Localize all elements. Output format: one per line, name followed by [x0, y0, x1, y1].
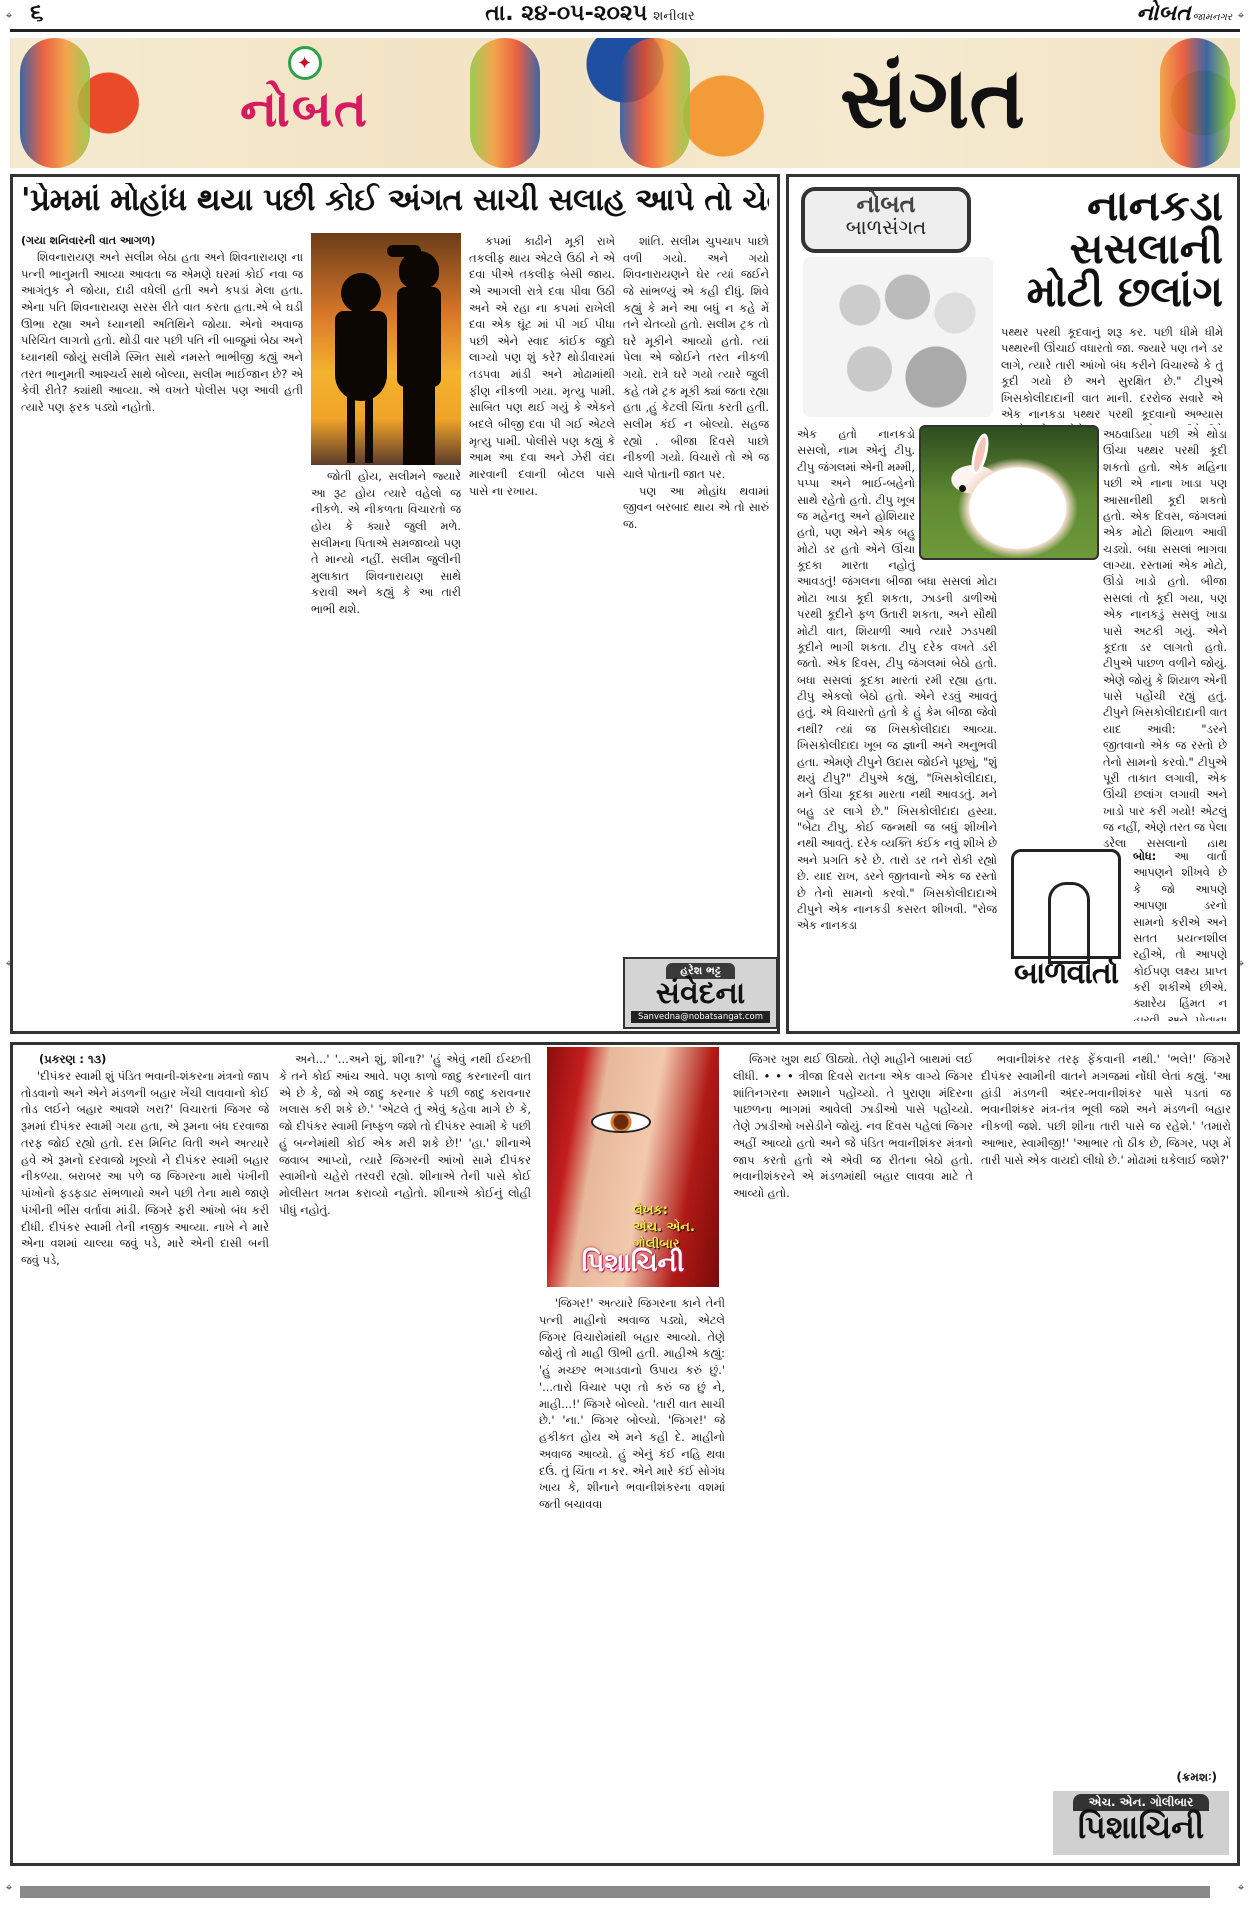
book-cover-image: લેખક: એચ. એન. ગોલીબાર પિશાચિની	[547, 1047, 719, 1287]
weekday: શનીવાર	[653, 9, 694, 24]
serial-column: અને...' '...અને શું, શીના?' 'હું એવું નથ…	[279, 1051, 531, 1857]
author-name: એચ. એન.	[633, 1220, 695, 1237]
boy-cap	[387, 245, 421, 257]
edition-name: જામનગર	[1193, 12, 1232, 23]
serial-paragraph: જિગર ખુશ થઈ ઊઠ્યો. તેણે માહીને બાથમાં લઈ…	[733, 1051, 973, 1202]
girl-leg	[365, 393, 373, 463]
serial-column: 'જિગર!' અત્યારે જિગરના કાને તેની પત્ની મ…	[539, 1295, 725, 1857]
article-headline: 'પ્રેમમાં મોહાંધ થયા પછી કોઈ અંગત સાચી સ…	[21, 183, 769, 223]
serial-logo-title: પિશાચિની	[1053, 1811, 1229, 1843]
dateline: તા. ૨૪-૦૫-૨૦૨૫શનીવાર	[485, 1, 694, 26]
to-be-continued: (ક્રમશઃ)	[1176, 1770, 1217, 1785]
registration-mark-icon: ⌖	[2, 1880, 16, 1894]
photo-float-spacer	[915, 427, 997, 563]
column-name: સંવેદના	[625, 979, 776, 1009]
article-kicker: (ગયા શનિવારની વાત આગળ)	[21, 233, 303, 249]
article-column: શાંતિ. સલીમ ચુપચાપ પાછો વળી ગયો. અને ગયો…	[623, 233, 769, 1025]
decorative-swirl	[1160, 38, 1230, 168]
story-right-column: અઠવાડિયા પછી એ થોડા ઊંચા પથ્થર પરથી કૂદી…	[1103, 427, 1227, 847]
serial-column: (પ્રકરણ : ૧૩) 'દીપંકર સ્વામી શું પંડિત ભ…	[21, 1051, 269, 1857]
serial-logo: એચ. એન. ગોલીબાર પિશાચિની	[1053, 1791, 1229, 1855]
section-banner: ✦ નોબત સંગત	[10, 38, 1240, 168]
article-column: (ગયા શનિવારની વાત આગળ) શિવનારાયણ અને સલી…	[21, 233, 303, 1025]
columnist-badge: હરેશ ભટ્ટ સંવેદના Sanvedna@nobatsangat.c…	[623, 957, 778, 1029]
kids-story-panel: નોબત બાળસંગત નાનકડા સસલાની મોટી છલાંગ પથ…	[786, 174, 1240, 1034]
decorative-swirl	[470, 38, 540, 168]
author-label: લેખક:	[633, 1203, 695, 1220]
kids-illustration	[803, 257, 993, 417]
girl-leg	[347, 393, 355, 463]
castle-book-icon	[1011, 849, 1121, 959]
serial-column: ભવાનીશંકર તરફ ફેંકવાની નથી.' 'ભલે!' જિગર…	[981, 1051, 1231, 1763]
decorative-swirl	[20, 38, 90, 168]
sign-brand: નોબત	[805, 191, 967, 217]
serial-paragraph: 'દીપંકર સ્વામી શું પંડિત ભવાની-શંકરના મં…	[21, 1068, 269, 1269]
page-number: ૬	[30, 0, 43, 26]
eye-illustration	[591, 1111, 651, 1133]
columnist-email[interactable]: Sanvedna@nobatsangat.com	[631, 1011, 770, 1023]
date: તા. ૨૪-૦૫-૨૦૨૫	[485, 1, 647, 26]
title-line: મોટી છલાંગ	[973, 271, 1223, 314]
book-title: પિશાચિની	[555, 1248, 711, 1279]
article-paragraph: શિવનારાયણ અને સલીમ બેઠા હતા અને શિવનારાય…	[21, 249, 303, 415]
article-paragraph: કપમાં કાઢીને મૂકી રાખે તકલીફ થાય એટલે ઉઠ…	[469, 233, 615, 499]
story-moral: બોધ: આ વાર્તા આપણને શીખવે છે કે જો આપણે …	[1133, 849, 1227, 1021]
baalvarta-logo: બાળવાર્તા	[1001, 849, 1131, 1019]
story-text: અઠવાડિયા પછી એ થોડા ઊંચા પથ્થર પરથી કૂદી…	[1103, 428, 1227, 847]
article-column: કપમાં કાઢીને મૂકી રાખે તકલીફ થાય એટલે ઉઠ…	[469, 233, 615, 1025]
book-author: લેખક: એચ. એન. ગોલીબાર	[633, 1203, 695, 1254]
page-header: ૬ તા. ૨૪-૦૫-૨૦૨૫શનીવાર નોબતજામનગર	[10, 0, 1240, 32]
section-title: સંગત	[840, 56, 1025, 140]
brand-name: નોબત	[1137, 1, 1191, 26]
moral-label: બોધ:	[1133, 850, 1156, 863]
nobat-logo: ✦ નોબત	[240, 46, 369, 134]
serial-story: (પ્રકરણ : ૧૩) 'દીપંકર સ્વામી શું પંડિત ભ…	[10, 1042, 1240, 1866]
serial-paragraph: ભવાનીશંકર તરફ ફેંકવાની નથી.' 'ભલે!' જિગર…	[981, 1051, 1231, 1168]
title-line: સસલાની	[973, 228, 1223, 271]
footer-bar	[20, 1886, 1210, 1898]
serial-paragraph: 'જિગર!' અત્યારે જિગરના કાને તેની પત્ની મ…	[539, 1295, 725, 1513]
registration-mark-icon: ⌖	[1234, 1880, 1248, 1894]
couple-silhouette-photo	[311, 233, 461, 465]
main-article: 'પ્રેમમાં મોહાંધ થયા પછી કોઈ અંગત સાચી સ…	[10, 174, 780, 1034]
masthead-logo: નોબતજામનગર	[1137, 1, 1233, 26]
girl-body	[335, 311, 387, 401]
baalsangat-signboard: નોબત બાળસંગત	[801, 187, 971, 253]
boy-legs	[403, 383, 435, 465]
article-closing-line: પણ આ મોહાંધ થવામાં જીવન બરબાદ થાય એ તો સ…	[623, 483, 769, 533]
title-line: નાનકડા	[973, 185, 1223, 228]
article-paragraph: શાંતિ. સલીમ ચુપચાપ પાછો વળી ગયો. અને ગયો…	[623, 233, 769, 483]
dancer-emblem-icon: ✦	[288, 46, 322, 80]
girl-head	[341, 273, 381, 313]
story-title: નાનકડા સસલાની મોટી છલાંગ	[973, 185, 1223, 313]
decorative-swirl	[620, 38, 690, 168]
moral-text: આ વાર્તા આપણને શીખવે છે કે જો આપણે આપણા …	[1133, 850, 1227, 1021]
story-intro: પથ્થર પરથી કૂદવાનું શરૂ કર. પછી ધીમે ધીમ…	[1001, 325, 1223, 425]
chapter-label: (પ્રકરણ : ૧૩)	[21, 1051, 269, 1068]
story-left-column: એક હતો નાનકડો સસલો, નામ એનું ટીપુ. ટીપુ …	[797, 427, 997, 1022]
boy-body	[397, 287, 441, 387]
serial-column: જિગર ખુશ થઈ ઊઠ્યો. તેણે માહીને બાથમાં લઈ…	[733, 1051, 973, 1857]
serial-paragraph: અને...' '...અને શું, શીના?' 'હું એવું નથ…	[279, 1051, 531, 1219]
logo-text: નોબત	[240, 84, 369, 134]
article-paragraph: જોતી હોય, સલીમને જ્યારે આ રૂટ હોય ત્યારે…	[311, 468, 461, 618]
sign-section: બાળસંગત	[805, 217, 967, 237]
